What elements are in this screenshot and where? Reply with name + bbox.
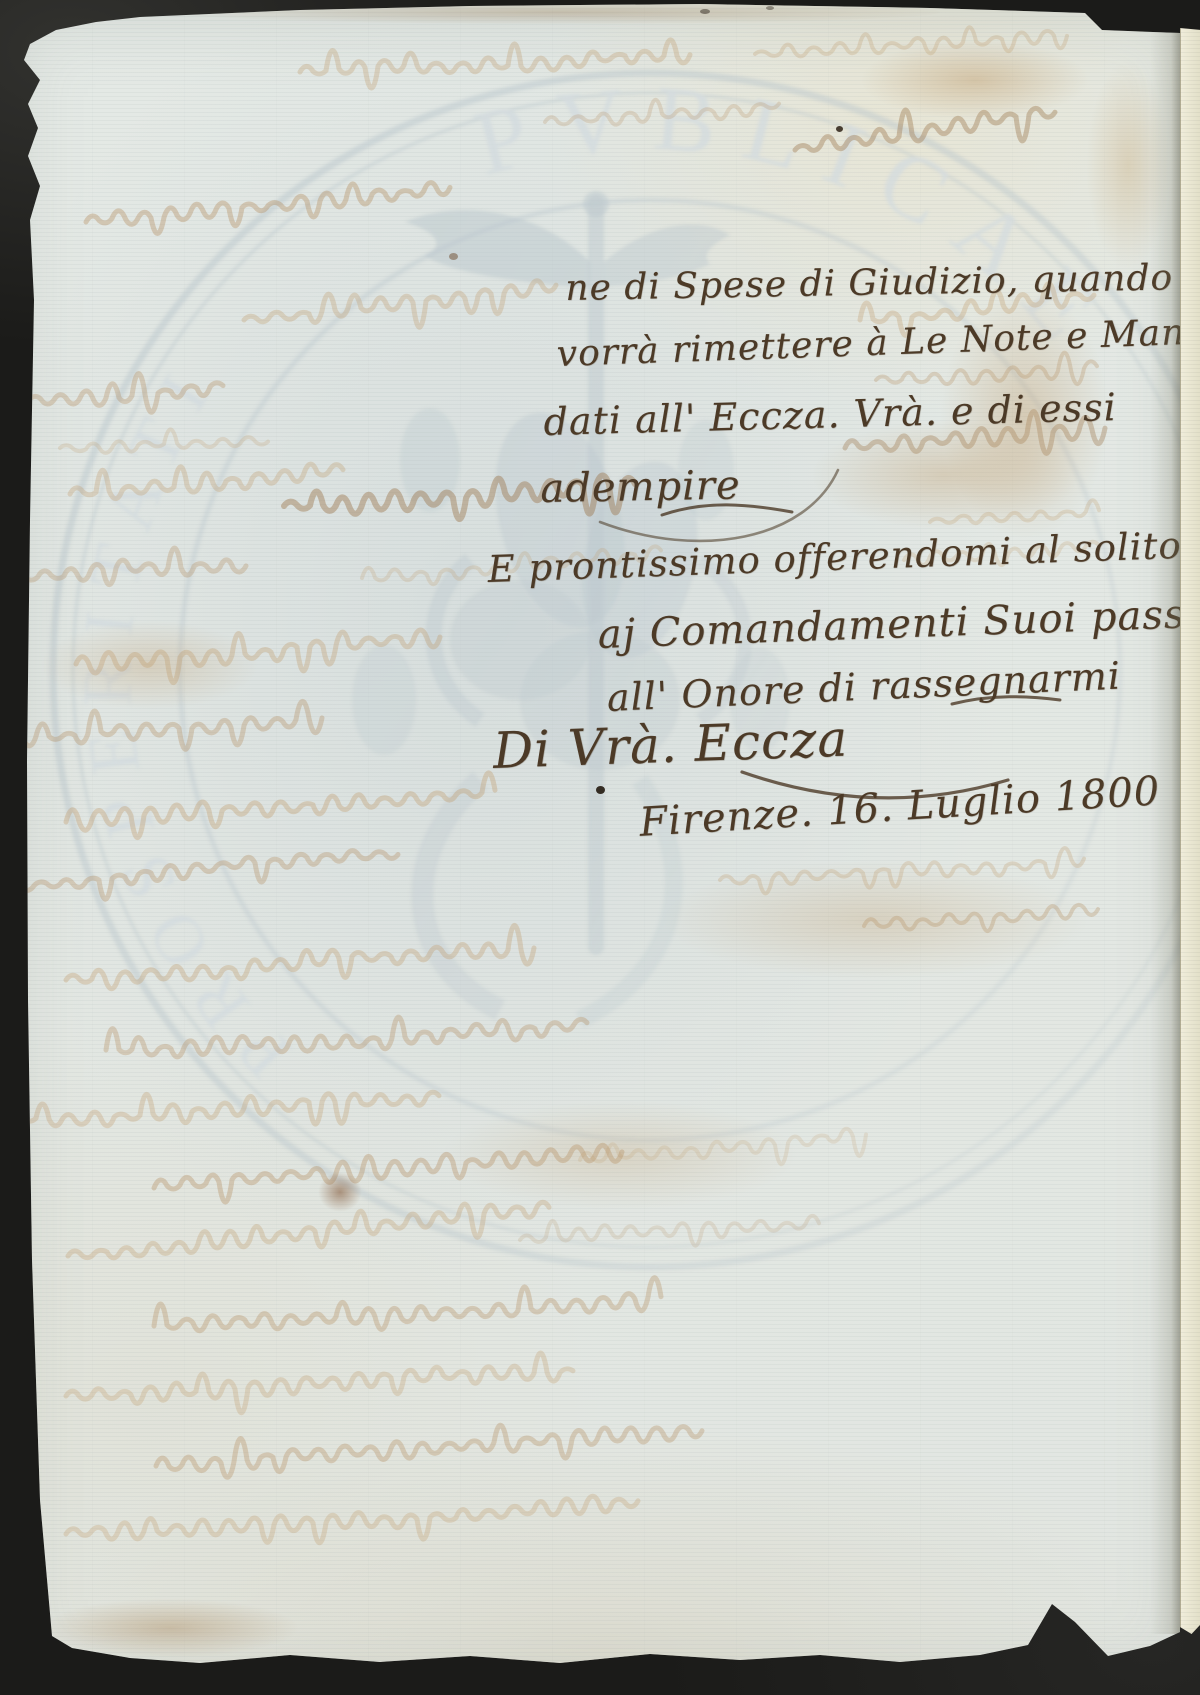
handwriting-dateline: Firenze. 16. Luglio 1800	[638, 768, 1162, 846]
embossed-seal: PVBLICAE PROSPERITATI	[0, 0, 1200, 1695]
seal-emblem	[352, 191, 790, 1020]
paper-stain	[860, 40, 1090, 120]
ink-dot	[449, 253, 458, 260]
fold-crease	[1150, 30, 1180, 1634]
handwriting-line-1: ne di Spese di Giudizio, quando	[565, 257, 1173, 309]
scanned-document: PVBLICAE PROSPERITATI	[0, 0, 1200, 1695]
handwriting-line-2: vorrà rimettere à Le Note e Man=	[556, 311, 1200, 375]
adjacent-page-edge	[1180, 28, 1200, 1634]
handwriting-line-5: E prontissimo offerendomi al solito	[487, 524, 1182, 591]
handwriting-line-4: adempire	[540, 463, 741, 512]
paper-stain	[40, 1598, 300, 1658]
paper-stain	[180, 0, 940, 24]
edge-fleck	[700, 9, 710, 14]
paper-stain	[810, 420, 1080, 530]
paper-stain	[440, 1100, 800, 1210]
ink-dot	[596, 786, 605, 794]
handwriting-line-7: all' Onore di rassegnarmi	[606, 654, 1122, 720]
handwriting-line-8: Di Vrà. Eccza	[492, 710, 849, 780]
foxing-spot	[318, 1172, 362, 1212]
bleedthrough-layer	[0, 0, 1200, 1695]
laid-paper-texture	[0, 0, 1200, 1695]
ink-dot	[836, 126, 843, 132]
edge-fleck	[766, 6, 774, 10]
paper-stain	[40, 620, 260, 710]
paper-stain	[660, 860, 1090, 980]
handwriting-line-3: dati all' Eccza. Vrà. e di essi	[543, 385, 1117, 444]
pen-flourishes	[0, 0, 1200, 1695]
manuscript-page: PVBLICAE PROSPERITATI	[0, 0, 1200, 1695]
handwriting-line-6: aj Comandamenti Suoi passo	[597, 591, 1200, 658]
seal-text-left: PROSPERITATI	[69, 344, 306, 1092]
deckle-edge-highlight	[0, 0, 1200, 1695]
